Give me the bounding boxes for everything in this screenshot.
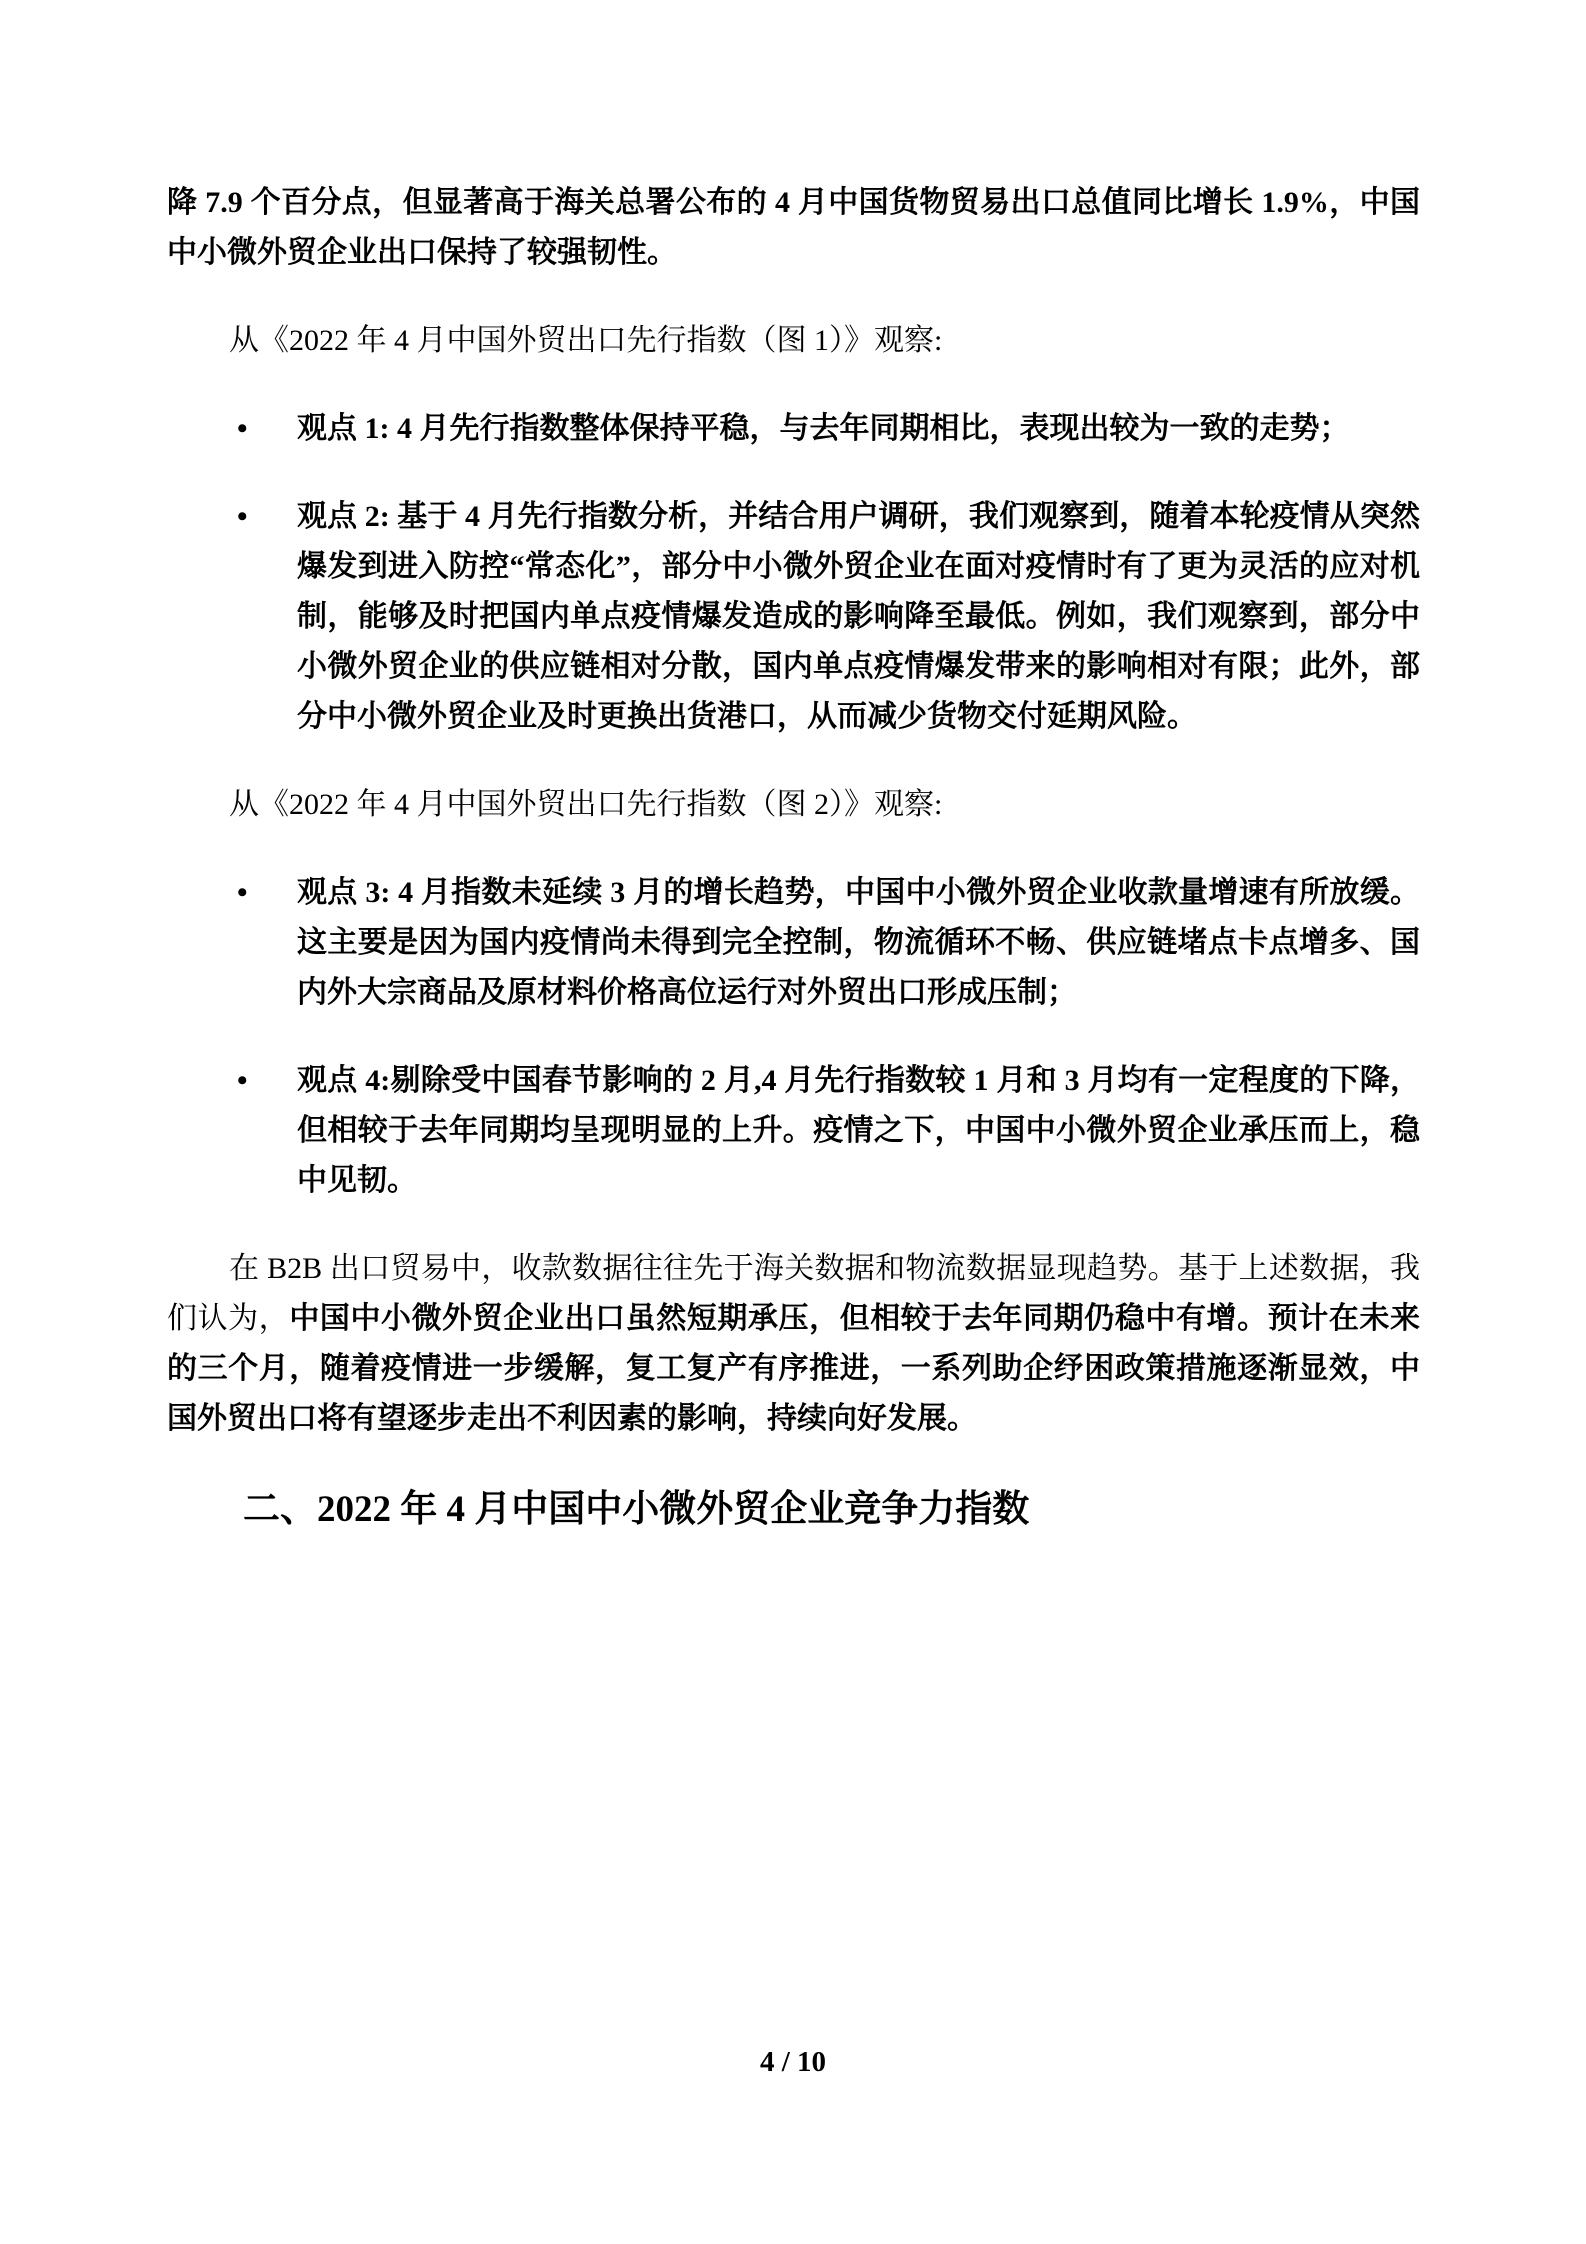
viewpoint-3-text: 观点 3: 4 月指数未延续 3 月的增长趋势，中国中小微外贸企业收款量增速有所… bbox=[297, 868, 1420, 1018]
document-page: 降 7.9 个百分点，但显著高于海关总署公布的 4 月中国货物贸易出口总值同比增… bbox=[0, 0, 1586, 2244]
viewpoint-4-text: 观点 4:剔除受中国春节影响的 2 月,4 月先行指数较 1 月和 3 月均有一… bbox=[297, 1056, 1420, 1206]
section-heading: 二、2022 年 4 月中国中小微外贸企业竞争力指数 bbox=[167, 1482, 1420, 1538]
page-number: 4 / 10 bbox=[760, 2046, 826, 2078]
figure1-intro-paragraph: 从《2022 年 4 月中国外贸出口先行指数（图 1）》观察: bbox=[167, 316, 1420, 366]
bullet-icon: • bbox=[237, 404, 248, 454]
viewpoint-1-item: • 观点 1: 4 月先行指数整体保持平稳，与去年同期相比，表现出较为一致的走势… bbox=[167, 404, 1420, 454]
page-content: 降 7.9 个百分点，但显著高于海关总署公布的 4 月中国货物贸易出口总值同比增… bbox=[167, 178, 1420, 1538]
viewpoint-4-item: • 观点 4:剔除受中国春节影响的 2 月,4 月先行指数较 1 月和 3 月均… bbox=[167, 1056, 1420, 1206]
viewpoint-3-item: • 观点 3: 4 月指数未延续 3 月的增长趋势，中国中小微外贸企业收款量增速… bbox=[167, 868, 1420, 1018]
closing-paragraph: 在 B2B 出口贸易中，收款数据往往先于海关数据和物流数据显现趋势。基于上述数据… bbox=[167, 1244, 1420, 1444]
paragraph-continuation: 降 7.9 个百分点，但显著高于海关总署公布的 4 月中国货物贸易出口总值同比增… bbox=[167, 178, 1420, 278]
page-footer: 4 / 10 bbox=[0, 2042, 1586, 2082]
bullet-icon: • bbox=[237, 1056, 248, 1106]
viewpoint-2-text: 观点 2: 基于 4 月先行指数分析，并结合用户调研，我们观察到，随着本轮疫情从… bbox=[297, 492, 1420, 742]
figure2-intro-paragraph: 从《2022 年 4 月中国外贸出口先行指数（图 2）》观察: bbox=[167, 780, 1420, 830]
closing-paragraph-bold: 中国中小微外贸企业出口虽然短期承压，但相较于去年同期仍稳中有增。预计在未来的三个… bbox=[167, 1302, 1420, 1435]
bullet-icon: • bbox=[237, 868, 248, 918]
viewpoint-1-text: 观点 1: 4 月先行指数整体保持平稳，与去年同期相比，表现出较为一致的走势； bbox=[297, 404, 1420, 454]
viewpoint-2-item: • 观点 2: 基于 4 月先行指数分析，并结合用户调研，我们观察到，随着本轮疫… bbox=[167, 492, 1420, 742]
bullet-icon: • bbox=[237, 492, 248, 542]
